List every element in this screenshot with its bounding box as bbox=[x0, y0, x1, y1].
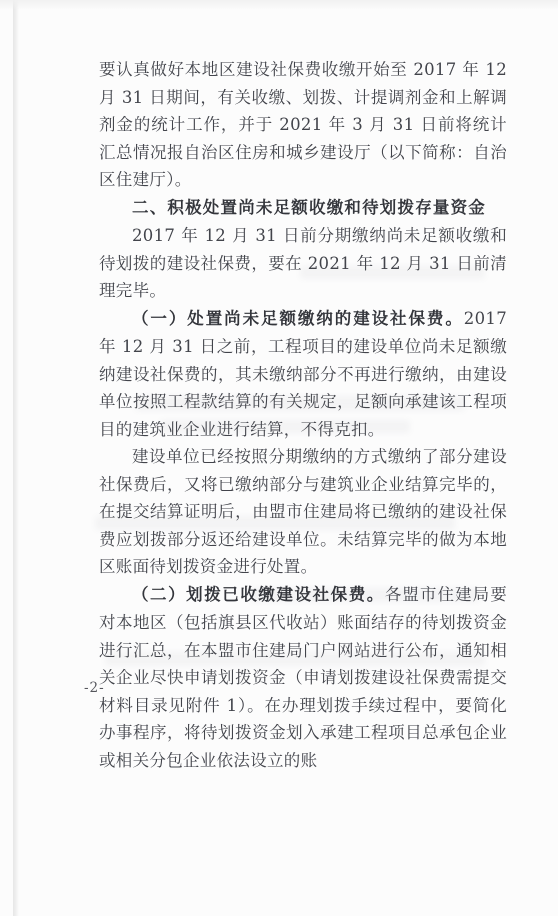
scanned-document-page: 要认真做好本地区建设社保费收缴开始至 2017 年 12 月 31 日期间，有关… bbox=[0, 0, 558, 916]
paragraph: 建设单位已经按照分期缴纳的方式缴纳了部分建设社保费后，又将已缴纳部分与建筑业企业… bbox=[99, 443, 507, 581]
paragraph: 要认真做好本地区建设社保费收缴开始至 2017 年 12 月 31 日期间，有关… bbox=[99, 56, 507, 194]
bold-text-run: （一）处置尚未足额缴纳的建设社保费。 bbox=[132, 310, 464, 328]
text-run: 要认真做好本地区建设社保费收缴开始至 2017 年 12 月 31 日期间，有关… bbox=[99, 60, 507, 189]
section-heading: 二、积极处置尚未足额收缴和待划拨存量资金 bbox=[99, 194, 507, 223]
scan-edge-shadow bbox=[13, 0, 19, 916]
paragraph: （一）处置尚未足额缴纳的建设社保费。2017 年 12 月 31 日之前，工程项… bbox=[99, 305, 507, 444]
bold-text-run: 二、积极处置尚未足额收缴和待划拨存量资金 bbox=[132, 199, 486, 217]
scan-top-shadow bbox=[0, 0, 558, 10]
paragraph: （二）划拨已收缴建设社保费。各盟市住建局要对本地区（包括旗县区代收站）账面结存的… bbox=[99, 581, 507, 775]
document-body: 要认真做好本地区建设社保费收缴开始至 2017 年 12 月 31 日期间，有关… bbox=[99, 56, 507, 774]
text-run: 2017 年 12 月 31 日前分期缴纳尚未足额收缴和待划拨的建设社保费，要在… bbox=[99, 226, 507, 300]
text-run: 各盟市住建局要对本地区（包括旗县区代收站）账面结存的待划拨资金进行汇总，在本盟市… bbox=[99, 585, 507, 770]
text-run: 2017 年 12 月 31 日之前，工程项目的建设单位尚未足额缴纳建设社保费的… bbox=[99, 309, 507, 439]
bold-text-run: （二）划拨已收缴建设社保费。 bbox=[132, 586, 385, 604]
text-run: 建设单位已经按照分期缴纳的方式缴纳了部分建设社保费后，又将已缴纳部分与建筑业企业… bbox=[99, 447, 507, 576]
paragraph: 2017 年 12 月 31 日前分期缴纳尚未足额收缴和待划拨的建设社保费，要在… bbox=[99, 222, 507, 305]
page-number: -2- bbox=[84, 680, 105, 696]
